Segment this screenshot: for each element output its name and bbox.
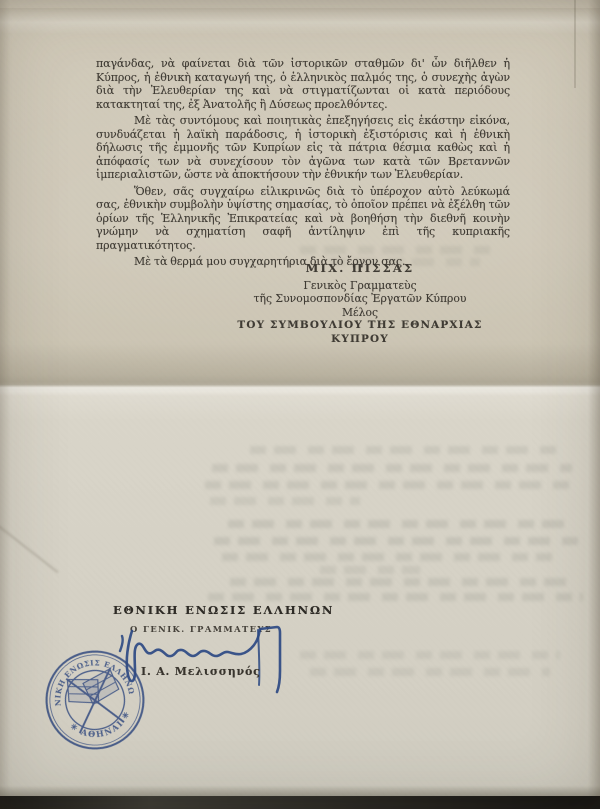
fold-crease-middle: [0, 344, 600, 396]
signatory-name: ΜΙΧ. ΠΙΣΣΑΣ: [210, 262, 510, 276]
ghost-bleed-line: [310, 668, 550, 676]
signatory-title-line: Γενικὸς Γραμματεὺς: [210, 279, 510, 293]
typed-paragraph: Μὲ τὰς συντόμους καὶ ποιητικὰς ἐπεξηγήσε…: [96, 114, 510, 182]
crease-right-vertical: [574, 0, 576, 88]
typed-paragraph: παγάνδας, νὰ φαίνεται διὰ τῶν ἱστορικῶν …: [96, 57, 510, 111]
paper-edge-left: [0, 0, 10, 809]
stamp-ring-text-bottom: ✳ ΑΘΗΝΑΙ ✳: [67, 707, 136, 746]
signatory-title-line: τῆς Συνομοσπονδίας Ἐργατῶν Κύπρου: [210, 292, 510, 306]
fold-crease-top: [0, 8, 600, 34]
letter-photo: παγάνδας, νὰ φαίνεται διὰ τῶν ἱστορικῶν …: [0, 0, 600, 809]
ghost-bleed-line: [250, 446, 560, 454]
letter-body: παγάνδας, νὰ φαίνεται διὰ τῶν ἱστορικῶν …: [96, 57, 510, 269]
signer-name: Ι. Α. Μελισσηνός: [141, 665, 261, 678]
signatory-title-line: ΤΟΥ ΣΥΜΒΟΥΛΙΟΥ ΤΗΣ ΕΘΝΑΡΧΙΑΣ ΚΥΠΡΟΥ: [210, 319, 510, 346]
ghost-bleed-line: [230, 578, 575, 586]
signatory-title-line: Μέλος: [210, 306, 510, 320]
ghost-bleed-line: [320, 566, 420, 574]
ghost-bleed-line: [228, 520, 573, 528]
svg-text:✳ ΑΘΗΝΑΙ ✳: ✳ ΑΘΗΝΑΙ ✳: [67, 707, 136, 746]
ghost-bleed-line: [208, 593, 583, 601]
ghost-bleed-line: [212, 464, 572, 472]
signatory-block: ΜΙΧ. ΠΙΣΣΑΣ Γενικὸς Γραμματεὺς τῆς Συνομ…: [210, 262, 510, 346]
ghost-bleed-line: [222, 553, 552, 561]
ghost-bleed-line: [205, 481, 575, 489]
ghost-bleed-line: [300, 651, 560, 659]
typed-paragraph: Ὅθεν, σᾶς συγχαίρω εἰλικρινῶς διὰ τὸ ὑπέ…: [96, 185, 510, 253]
background-table-strip: [0, 796, 600, 809]
paper-edge-right: [588, 0, 600, 809]
ghost-bleed-line: [210, 497, 360, 505]
ghost-bleed-line: [214, 537, 579, 545]
